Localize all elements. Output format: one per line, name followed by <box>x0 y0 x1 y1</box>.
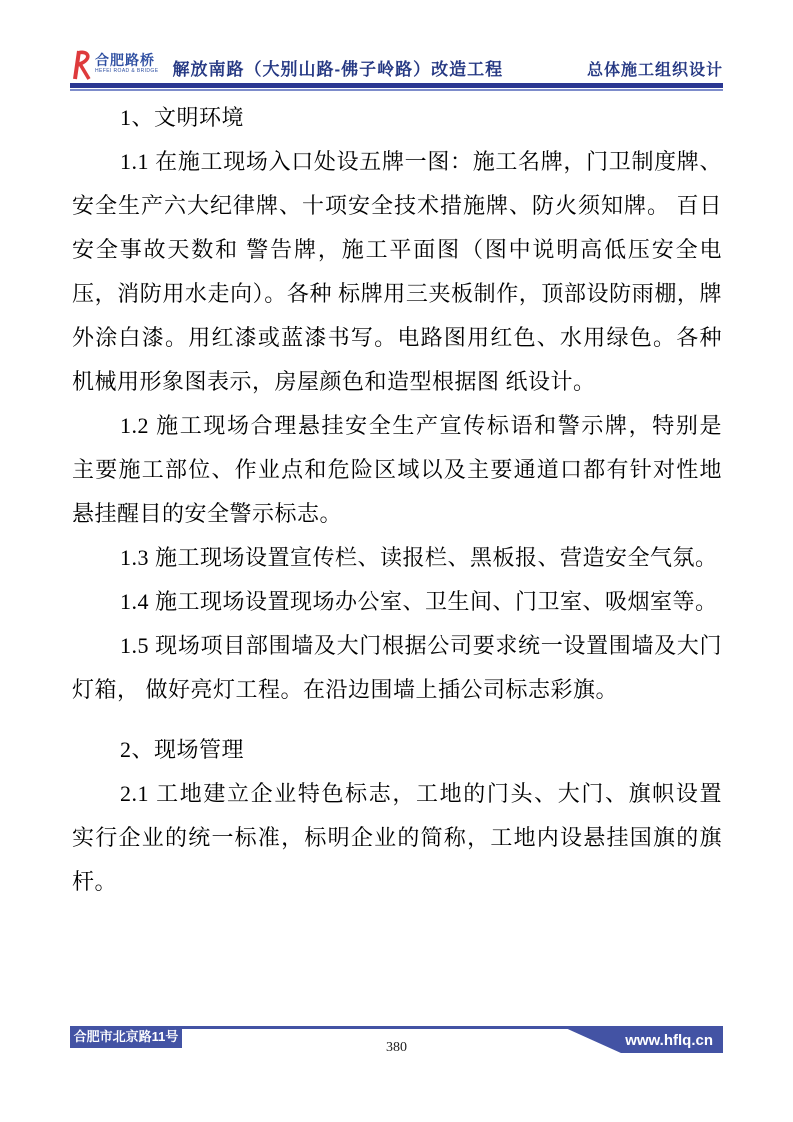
paragraph: 1.1 在施工现场入口处设五牌一图：施工名牌，门卫制度牌、安全生产六大纪律牌、十… <box>72 140 722 404</box>
section-heading: 1、文明环境 <box>72 96 722 140</box>
document-body: 1、文明环境1.1 在施工现场入口处设五牌一图：施工名牌，门卫制度牌、安全生产六… <box>72 96 722 904</box>
paragraph: 1.4 施工现场设置现场办公室、卫生间、门卫室、吸烟室等。 <box>72 580 722 624</box>
paragraph: 1.3 施工现场设置宣传栏、读报栏、黑板报、营造安全气氛。 <box>72 536 722 580</box>
page-header: 合肥路桥 HEFEI ROAD & BRIDGE 解放南路（大别山路-佛子岭路）… <box>70 50 723 88</box>
paragraph: 1.5 现场项目部围墙及大门根据公司要求统一设置围墙及大门灯箱， 做好亮灯工程。… <box>72 624 722 712</box>
page-number: 380 <box>0 1040 793 1056</box>
project-title: 解放南路（大别山路-佛子岭路）改造工程 <box>172 55 503 80</box>
company-logo: 合肥路桥 HEFEI ROAD & BRIDGE <box>70 50 158 80</box>
document-page: 合肥路桥 HEFEI ROAD & BRIDGE 解放南路（大别山路-佛子岭路）… <box>0 0 793 1122</box>
logo-bridge-icon <box>70 50 92 80</box>
logo-brand-subtitle: HEFEI ROAD & BRIDGE <box>95 69 158 74</box>
document-title: 总体施工组织设计 <box>587 57 723 80</box>
header-left: 合肥路桥 HEFEI ROAD & BRIDGE 解放南路（大别山路-佛子岭路）… <box>70 50 503 80</box>
logo-brand-name: 合肥路桥 <box>95 53 158 67</box>
logo-text: 合肥路桥 HEFEI ROAD & BRIDGE <box>95 50 158 74</box>
paragraph: 1.2 施工现场合理悬挂安全生产宣传标语和警示牌，特别是 主要施工部位、作业点和… <box>72 404 722 536</box>
paragraph: 2.1 工地建立企业特色标志，工地的门头、大门、旗帜设置 实行企业的统一标准，标… <box>72 772 722 904</box>
section-heading: 2、现场管理 <box>72 728 722 772</box>
